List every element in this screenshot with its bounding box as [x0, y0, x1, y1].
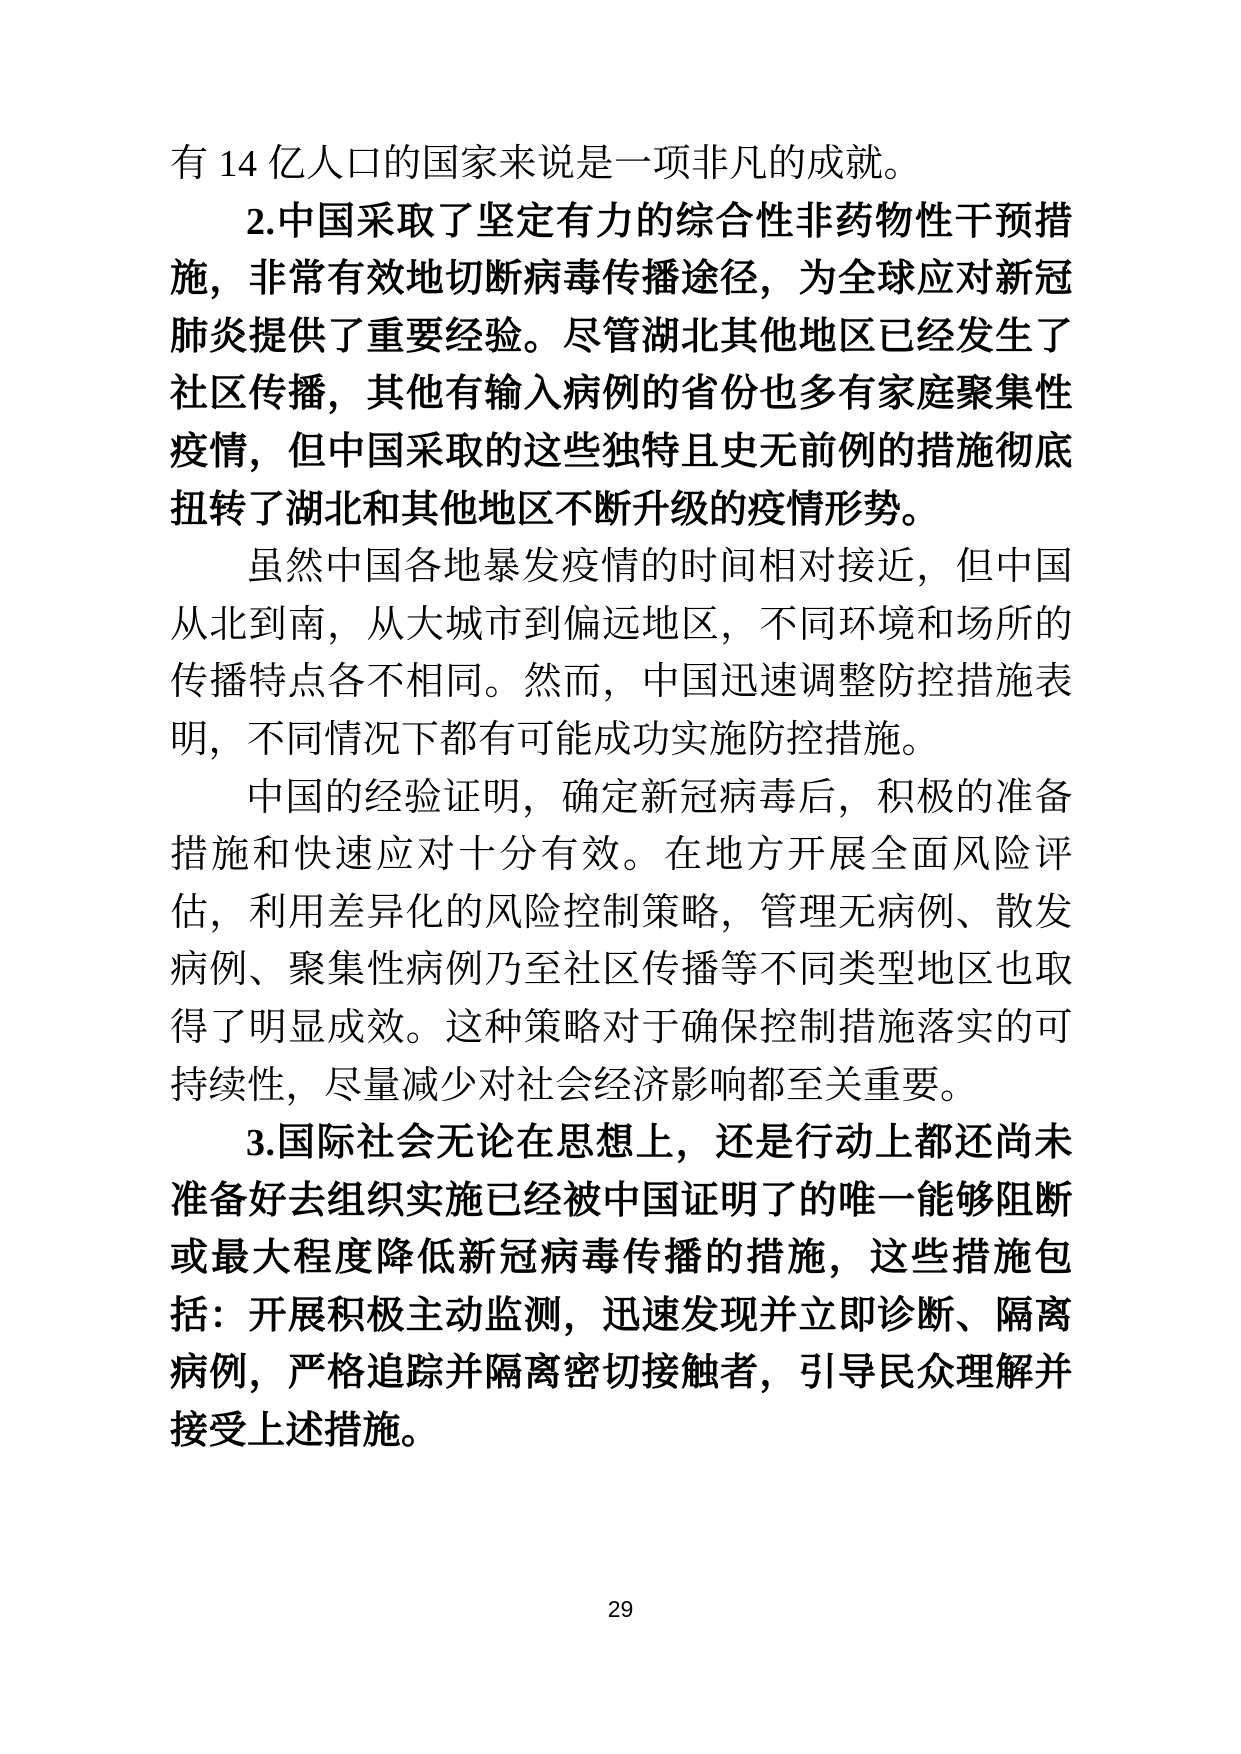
paragraph-numbered-3: 3.国际社会无论在思想上，还是行动上都还尚未准备好去组织实施已经被中国证明了的唯…: [170, 1115, 1073, 1461]
page-number: 29: [0, 1596, 1241, 1623]
paragraph-body-2: 中国的经验证明，确定新冠病毒后，积极的准备措施和快速应对十分有效。在地方开展全面…: [170, 770, 1073, 1116]
paragraph-continuation: 有 14 亿人口的国家来说是一项非凡的成就。: [170, 136, 1073, 194]
page-body: 有 14 亿人口的国家来说是一项非凡的成就。 2.中国采取了坚定有力的综合性非药…: [170, 136, 1073, 1461]
paragraph-numbered-2: 2.中国采取了坚定有力的综合性非药物性干预措施，非常有效地切断病毒传播途径，为全…: [170, 194, 1073, 540]
paragraph-body-1: 虽然中国各地暴发疫情的时间相对接近，但中国从北到南，从大城市到偏远地区，不同环境…: [170, 539, 1073, 769]
